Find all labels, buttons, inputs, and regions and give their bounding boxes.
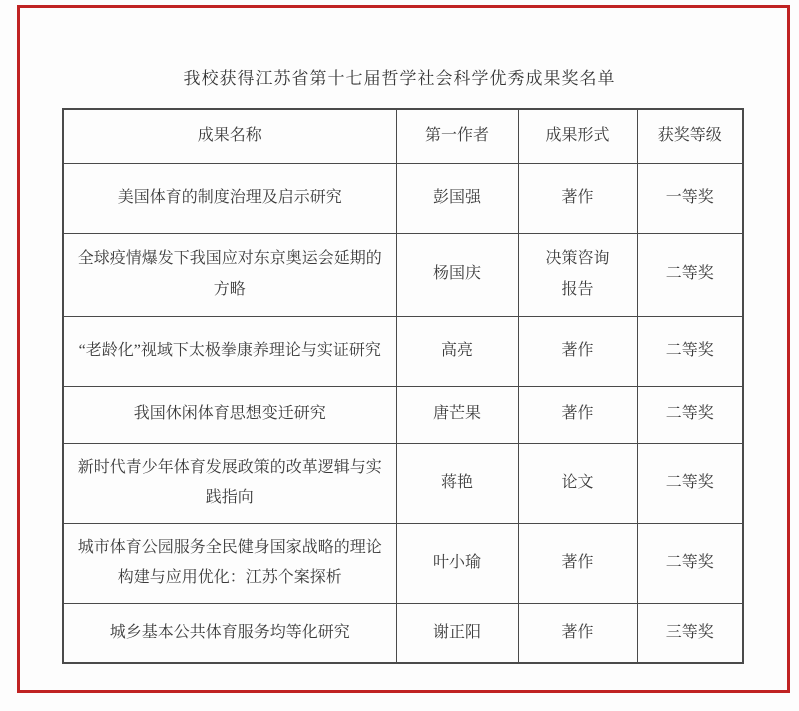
award-level-cell: 二等奖 xyxy=(637,233,743,316)
achievement-form-cell: 著作 xyxy=(518,316,637,386)
first-author-cell: 杨国庆 xyxy=(396,233,518,316)
table-row: 城乡基本公共体育服务均等化研究 谢正阳 著作 三等奖 xyxy=(63,603,743,663)
award-level-cell: 一等奖 xyxy=(637,163,743,233)
first-author-cell: 唐芒果 xyxy=(396,386,518,443)
achievement-name-cell: 城乡基本公共体育服务均等化研究 xyxy=(63,603,396,663)
table-row: 全球疫情爆发下我国应对东京奥运会延期的方略 杨国庆 决策咨询 报告 二等奖 xyxy=(63,233,743,316)
table-header-row: 成果名称 第一作者 成果形式 获奖等级 xyxy=(63,109,743,163)
achievement-name-cell: 城市体育公园服务全民健身国家战略的理论构建与应用优化：江苏个案探析 xyxy=(63,523,396,603)
achievement-name-cell: “老龄化”视域下太极拳康养理论与实证研究 xyxy=(63,316,396,386)
table-row: 城市体育公园服务全民健身国家战略的理论构建与应用优化：江苏个案探析 叶小瑜 著作… xyxy=(63,523,743,603)
first-author-cell: 彭国强 xyxy=(396,163,518,233)
table-row: “老龄化”视域下太极拳康养理论与实证研究 高亮 著作 二等奖 xyxy=(63,316,743,386)
award-level-cell: 三等奖 xyxy=(637,603,743,663)
first-author-cell: 谢正阳 xyxy=(396,603,518,663)
header-achievement-name: 成果名称 xyxy=(63,109,396,163)
table-row: 新时代青少年体育发展政策的改革逻辑与实践指向 蒋艳 论文 二等奖 xyxy=(63,443,743,523)
table-row: 我国休闲体育思想变迁研究 唐芒果 著作 二等奖 xyxy=(63,386,743,443)
achievement-name-cell: 新时代青少年体育发展政策的改革逻辑与实践指向 xyxy=(63,443,396,523)
award-level-cell: 二等奖 xyxy=(637,523,743,603)
achievement-form-cell: 论文 xyxy=(518,443,637,523)
document-page: 我校获得江苏省第十七届哲学社会科学优秀成果奖名单 成果名称 第一作者 成果形式 … xyxy=(0,0,799,711)
achievement-form-cell: 著作 xyxy=(518,163,637,233)
award-level-cell: 二等奖 xyxy=(637,443,743,523)
header-achievement-form: 成果形式 xyxy=(518,109,637,163)
header-first-author: 第一作者 xyxy=(396,109,518,163)
achievement-name-cell: 我国休闲体育思想变迁研究 xyxy=(63,386,396,443)
achievement-name-cell: 美国体育的制度治理及启示研究 xyxy=(63,163,396,233)
header-award-level: 获奖等级 xyxy=(637,109,743,163)
award-level-cell: 二等奖 xyxy=(637,386,743,443)
awards-table: 成果名称 第一作者 成果形式 获奖等级 美国体育的制度治理及启示研究 彭国强 著… xyxy=(62,108,744,664)
achievement-form-cell: 决策咨询 报告 xyxy=(518,233,637,316)
achievement-form-cell: 著作 xyxy=(518,386,637,443)
award-level-cell: 二等奖 xyxy=(637,316,743,386)
achievement-form-cell: 著作 xyxy=(518,523,637,603)
table-row: 美国体育的制度治理及启示研究 彭国强 著作 一等奖 xyxy=(63,163,743,233)
first-author-cell: 蒋艳 xyxy=(396,443,518,523)
document-title: 我校获得江苏省第十七届哲学社会科学优秀成果奖名单 xyxy=(0,64,799,89)
achievement-form-cell: 著作 xyxy=(518,603,637,663)
first-author-cell: 叶小瑜 xyxy=(396,523,518,603)
achievement-name-cell: 全球疫情爆发下我国应对东京奥运会延期的方略 xyxy=(63,233,396,316)
first-author-cell: 高亮 xyxy=(396,316,518,386)
